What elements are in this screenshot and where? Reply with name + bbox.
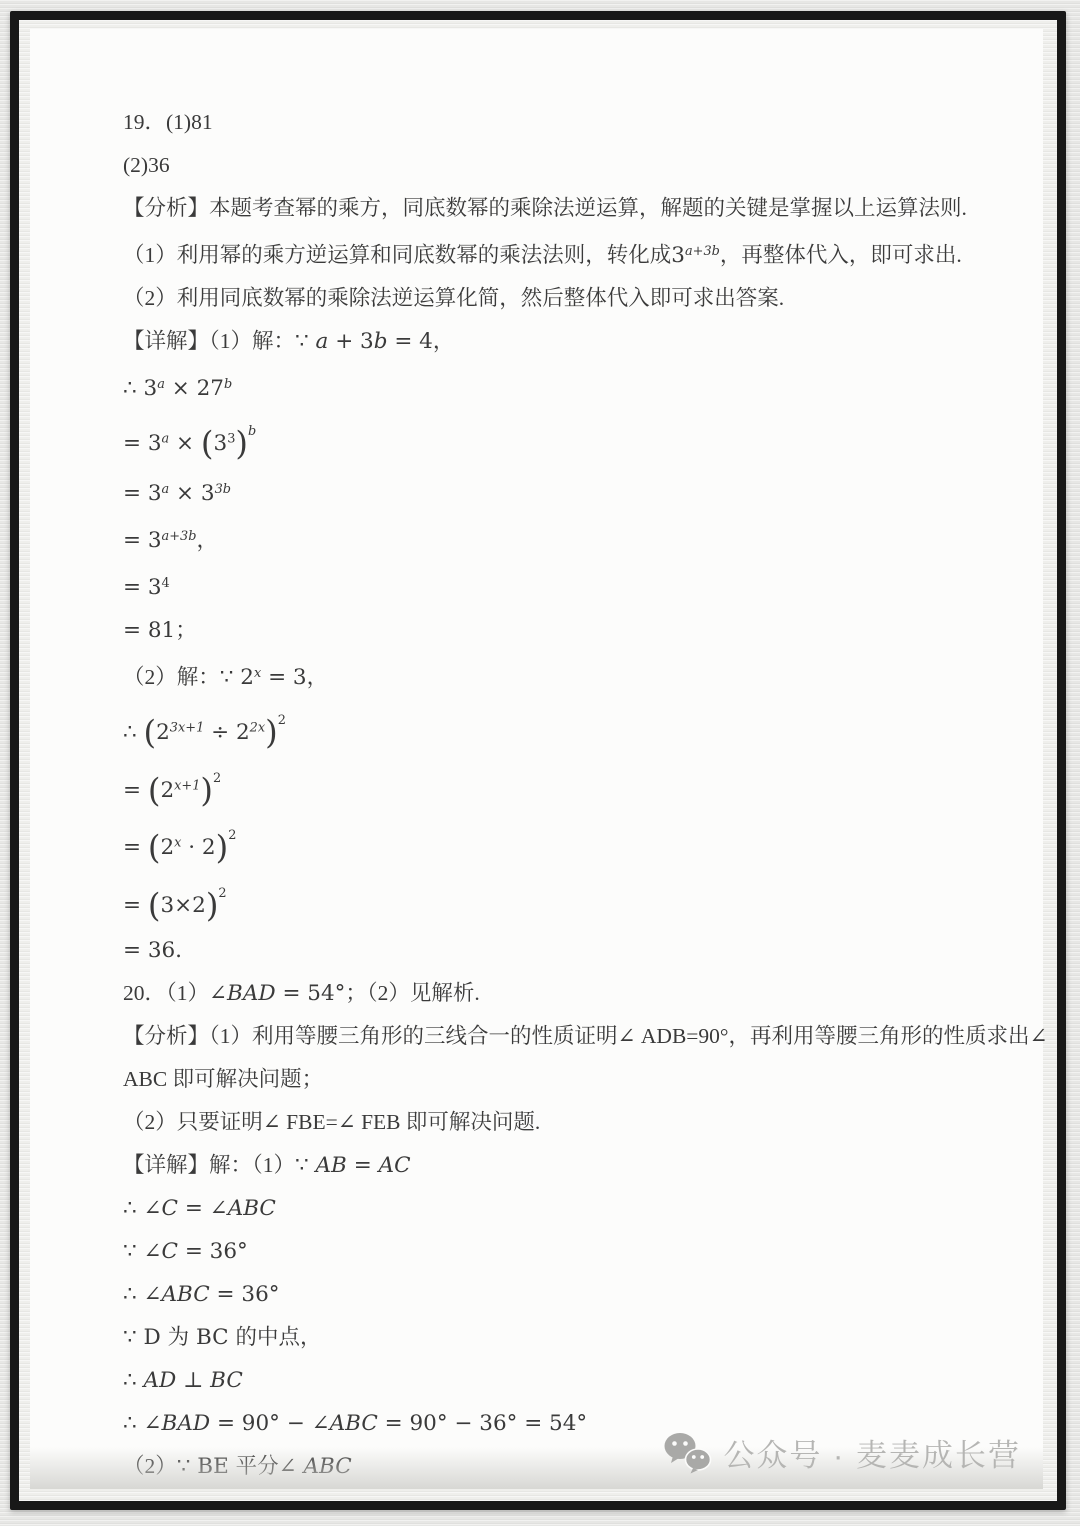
text-segment: （2） [123, 1454, 177, 1478]
text-segment: ， [433, 329, 455, 353]
text-segment: ⊥ [176, 1368, 210, 1393]
text-segment: ∴ ∠ [123, 1196, 162, 1221]
text-segment: = ∠ [178, 1196, 228, 1221]
text-segment: a+3b [162, 529, 197, 544]
page-background: { "page": { "colors": { "background": "#… [0, 0, 1080, 1526]
text-segment: 2 [160, 778, 174, 803]
answer-line: = 3a × 33b [123, 476, 957, 507]
answer-line: （2）只要证明∠ FBE=∠ FEB 即可解决问题. [123, 1109, 957, 1136]
text-segment: ∴ ∠ [123, 1411, 162, 1436]
watermark: 公众号 · 麦麦成长营 [663, 1430, 1021, 1475]
answer-line: = (2x+1)2 [123, 765, 957, 807]
text-segment: 3b [215, 482, 231, 497]
text-segment: 2 [160, 835, 174, 860]
watermark-text: 公众号 · 麦麦成长营 [723, 1430, 1021, 1475]
text-segment: 3×2 [160, 893, 205, 918]
text-segment: b [374, 329, 388, 354]
answer-line: ∴ 3a × 27b [123, 371, 957, 402]
text-segment: ( [201, 425, 214, 463]
text-segment: 4 [162, 576, 170, 591]
text-segment: 2 [156, 720, 170, 745]
text-segment: + 3 [328, 329, 373, 354]
text-segment: = 54° [276, 981, 346, 1006]
text-segment: ) [216, 829, 229, 867]
answer-line: = (2x · 2)2 [123, 822, 957, 864]
document-page: 19．(1)81(2)36【分析】本题考查幂的乘方，同底数幂的乘除法逆运算，解题… [30, 29, 1043, 1489]
answer-line: = 81； [123, 617, 957, 644]
text-segment: ABC [303, 1454, 351, 1479]
text-segment: ( [144, 713, 157, 751]
text-segment: = 36° [210, 1282, 280, 1307]
text-segment: = [347, 1153, 379, 1178]
text-segment: ( [148, 886, 161, 924]
text-segment: × 3 [169, 481, 214, 506]
text-segment: ∴ [123, 1368, 144, 1393]
text-segment: 2 [218, 886, 226, 901]
text-segment: · 2 [181, 835, 215, 860]
text-segment: × 27 [165, 376, 224, 401]
text-segment: （2）利用同底数幂的乘除法逆运算化简，然后整体代入即可求出答案. [123, 286, 784, 310]
answer-line: ∴ AD ⊥ BC [123, 1367, 957, 1394]
text-segment: ) [235, 425, 248, 463]
answer-line: = 3a × (33)b [123, 418, 957, 460]
answer-line: （2）解：∵ 2x = 3， [123, 660, 957, 691]
answer-lines: 19．(1)81(2)36【分析】本题考查幂的乘方，同底数幂的乘除法逆运算，解题… [30, 29, 1043, 1489]
text-segment: ， [196, 528, 218, 552]
text-segment: 2 [278, 713, 286, 728]
text-segment: 【详解】解：（1） [123, 1153, 295, 1177]
text-segment: ) [206, 886, 219, 924]
text-segment: ； [175, 618, 197, 642]
text-segment: × [169, 431, 201, 456]
text-segment: ( [148, 829, 161, 867]
text-segment: 3 [671, 243, 685, 268]
text-segment: ∵ [295, 1153, 316, 1178]
text-segment: = 90° − 36° = 54° [378, 1411, 587, 1436]
text-segment: C [162, 1239, 178, 1264]
text-segment: （1）利用幂的乘方逆运算和同底数幂的乘法法则，转化成 [123, 243, 671, 267]
answer-line: = 36． [123, 937, 957, 964]
text-segment: ，再整体代入，即可求出. [720, 243, 962, 267]
text-segment: ABC [228, 1196, 276, 1221]
text-segment: a+3b [685, 244, 720, 259]
answer-line: 【分析】（1）利用等腰三角形的三线合一的性质证明∠ ADB=90°，再利用等腰三… [123, 1023, 957, 1050]
answer-line: = (3×2)2 [123, 880, 957, 922]
answer-line: （2）利用同底数幂的乘除法逆运算化简，然后整体代入即可求出答案. [123, 285, 957, 312]
text-segment: ∠ [279, 1454, 304, 1479]
text-segment: = 3 [123, 575, 162, 600]
text-segment: ∠ [209, 981, 227, 1006]
answer-line: (2)36 [123, 152, 957, 179]
text-segment: 2x [250, 721, 265, 736]
text-segment: a [157, 377, 165, 392]
wechat-icon [663, 1432, 713, 1474]
answer-line: = 3a+3b， [123, 523, 957, 554]
text-segment: 为 [168, 1325, 190, 1349]
text-segment: = 36 [123, 938, 175, 963]
text-segment: = [123, 893, 148, 918]
text-segment: （2）只要证明∠ FBE=∠ FEB 即可解决问题. [123, 1110, 540, 1134]
text-segment: 19．(1)81 [123, 110, 213, 134]
text-segment: C [162, 1196, 178, 1221]
text-segment: (2)36 [123, 153, 170, 177]
text-segment: = [123, 835, 148, 860]
text-segment: = 3 [261, 665, 306, 690]
text-segment: 3x+1 [170, 721, 204, 736]
text-segment: AB [316, 1153, 347, 1178]
text-segment: b [248, 424, 256, 439]
text-segment: BC [210, 1368, 243, 1393]
answer-line: ∵ D 为 BC 的中点， [123, 1324, 957, 1351]
text-segment: 2 [228, 828, 236, 843]
text-segment: ∴ [123, 720, 144, 745]
answer-line: ∴ (23x+1 ÷ 22x)2 [123, 707, 957, 749]
text-segment: ÷ 2 [204, 720, 249, 745]
answer-line: 【分析】本题考查幂的乘方，同底数幂的乘除法逆运算，解题的关键是掌握以上运算法则. [123, 195, 957, 222]
text-segment: ) [265, 713, 278, 751]
text-segment: 20．（1） [123, 981, 209, 1005]
answer-line: 【详解】（1）解：∵ a + 3b = 4， [123, 328, 957, 355]
answer-line: 20．（1）∠BAD = 54°；（2）见解析. [123, 980, 957, 1007]
text-segment: ∵ D [123, 1325, 168, 1350]
text-segment: = 3 [123, 481, 162, 506]
text-segment: BAD [162, 1411, 211, 1436]
text-segment: b [224, 377, 232, 392]
text-segment: ， [307, 665, 329, 689]
text-segment: ( [148, 771, 161, 809]
text-segment: BAD [227, 981, 276, 1006]
text-segment: ；（2）见解析. [345, 981, 479, 1005]
text-segment: ∵ 2 [220, 665, 254, 690]
text-segment: ABC 即可解决问题； [123, 1067, 323, 1091]
text-segment: AD [144, 1368, 177, 1393]
answer-line: （1）利用幂的乘方逆运算和同底数幂的乘法法则，转化成3a+3b，再整体代入，即可… [123, 238, 957, 269]
answer-line: ∴ ∠C = ∠ABC [123, 1195, 957, 1222]
text-segment: = 3 [123, 431, 162, 456]
text-segment: ∴ 3 [123, 376, 157, 401]
answer-line: = 34 [123, 570, 957, 601]
text-segment: ∵ BE [177, 1454, 236, 1479]
answer-line: 【详解】解：（1）∵ AB = AC [123, 1152, 957, 1179]
text-segment: = 36° [178, 1239, 248, 1264]
text-segment: ∴ ∠ [123, 1282, 162, 1307]
photo-frame: 19．(1)81(2)36【分析】本题考查幂的乘方，同底数幂的乘除法逆运算，解题… [10, 11, 1066, 1510]
text-segment: 平分 [236, 1454, 279, 1478]
answer-line: 19．(1)81 [123, 109, 957, 136]
text-segment: = [123, 778, 148, 803]
text-segment: ∵ ∠ [123, 1239, 162, 1264]
text-segment: ABC [162, 1282, 210, 1307]
text-segment: （2）解： [123, 665, 220, 689]
text-segment: 3 [214, 431, 228, 456]
text-segment: ∵ [295, 329, 316, 354]
text-segment: ABC [330, 1411, 378, 1436]
answer-line: ABC 即可解决问题； [123, 1066, 957, 1093]
text-segment: 【详解】（1）解： [123, 329, 295, 353]
answer-line: ∴ ∠ABC = 36° [123, 1281, 957, 1308]
text-segment: = 81 [123, 618, 175, 643]
text-segment: ) [200, 771, 213, 809]
text-segment: 【分析】本题考查幂的乘方，同底数幂的乘除法逆运算，解题的关键是掌握以上运算法则. [123, 196, 967, 220]
text-segment: x+1 [174, 778, 200, 793]
text-segment: 【分析】（1）利用等腰三角形的三线合一的性质证明∠ ADB=90°，再利用等腰三… [123, 1024, 1048, 1048]
text-segment: = 4 [388, 329, 433, 354]
answer-line: ∵ ∠C = 36° [123, 1238, 957, 1265]
text-segment: ． [175, 938, 197, 962]
text-segment: AC [379, 1153, 411, 1178]
text-segment: 的中点， [235, 1325, 321, 1349]
text-segment: 2 [213, 771, 221, 786]
text-segment: a [316, 329, 329, 354]
text-segment: BC [189, 1325, 235, 1350]
text-segment: = 3 [123, 528, 162, 553]
text-segment: = 90° − ∠ [210, 1411, 330, 1436]
